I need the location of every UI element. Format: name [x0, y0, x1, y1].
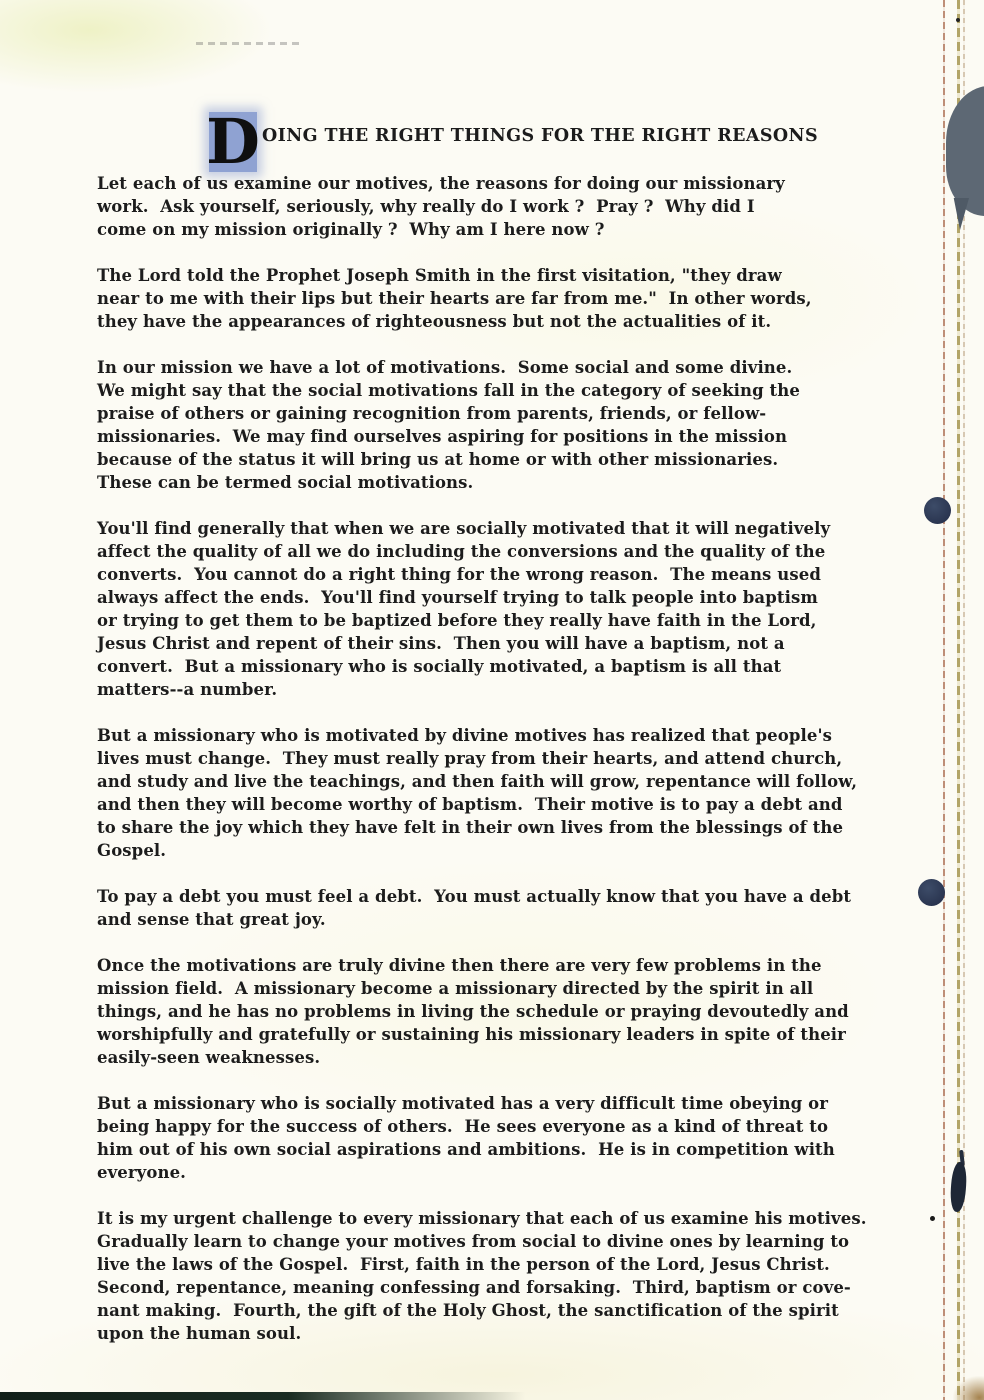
paragraph: But a missionary who is motivated by div…: [97, 724, 965, 862]
scan-edge-bar: [0, 1392, 525, 1400]
page-edge-line-red: [943, 0, 945, 1400]
paragraph: But a missionary who is socially motivat…: [97, 1092, 965, 1184]
corner-smudge: [953, 1376, 984, 1400]
paragraph: In our mission we have a lot of motivati…: [97, 356, 965, 494]
paragraph: It is my urgent challenge to every missi…: [97, 1207, 965, 1345]
paragraph: The Lord told the Prophet Joseph Smith i…: [97, 264, 965, 333]
punch-dot: [924, 497, 951, 524]
paragraph: Let each of us examine our motives, the …: [97, 172, 965, 241]
punch-dot: [918, 879, 945, 906]
drop-cap-letter: D: [209, 112, 257, 172]
scanned-document-page: D OING THE RIGHT THINGS FOR THE RIGHT RE…: [0, 0, 984, 1400]
faint-dash-marks: [196, 42, 302, 45]
ink-speck: [930, 1216, 935, 1221]
ink-speck: [956, 18, 960, 22]
page-title: OING THE RIGHT THINGS FOR THE RIGHT REAS…: [262, 126, 818, 146]
document-body: D OING THE RIGHT THINGS FOR THE RIGHT RE…: [97, 110, 965, 1368]
paragraph: To pay a debt you must feel a debt. You …: [97, 885, 965, 931]
paragraph: You'll find generally that when we are s…: [97, 517, 965, 701]
document-title: D OING THE RIGHT THINGS FOR THE RIGHT RE…: [209, 110, 965, 172]
paragraph: Once the motivations are truly divine th…: [97, 954, 965, 1069]
